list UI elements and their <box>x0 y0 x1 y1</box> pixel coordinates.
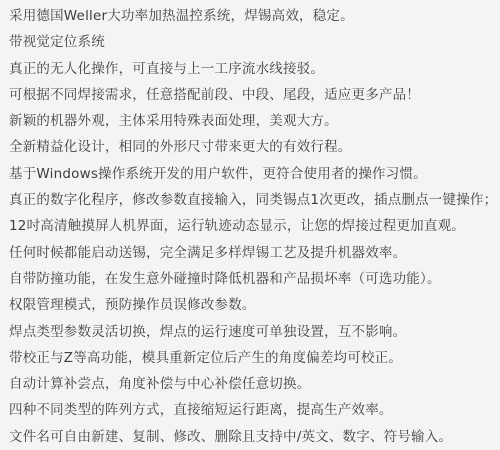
feature-line: 自带防撞功能，在发生意外碰撞时降低机器和产品损坏率（可选功能）。 <box>9 266 492 292</box>
feature-list: 采用德国Weller大功率加热温控系统，焊锡高效，稳定。带视觉定位系统真正的无人… <box>0 0 500 450</box>
feature-line: 带视觉定位系统 <box>9 29 492 55</box>
feature-line: 真正的无人化操作，可直接与上一工序流水线接驳。 <box>9 56 492 82</box>
feature-line: 基于Windows操作系统开发的用户软件，更符合使用者的操作习惯。 <box>9 161 492 187</box>
feature-line: 文件名可自由新建、复制、修改、删除且支持中/英文、数字、符号输入。 <box>9 424 492 450</box>
feature-line: 焊点类型参数灵活切换，焊点的运行速度可单独设置，互不影响。 <box>9 319 492 345</box>
feature-line: 新颖的机器外观，主体采用特殊表面处理，美观大方。 <box>9 108 492 134</box>
feature-line: 自动计算补尝点，角度补偿与中心补偿任意切换。 <box>9 371 492 397</box>
feature-line: 可根据不同焊接需求，任意搭配前段、中段、尾段，适应更多产品！ <box>9 82 492 108</box>
feature-line: 任何时候都能启动送锡，完全满足多样焊锡工艺及提升机器效率。 <box>9 240 492 266</box>
feature-line: 采用德国Weller大功率加热温控系统，焊锡高效，稳定。 <box>9 3 492 29</box>
feature-line: 真正的数字化程序，修改参数直接输入，同类锡点1次更改，插点删点一键操作； <box>9 187 492 213</box>
feature-line: 带校正与Z等高功能，模具重新定位后产生的角度偏差均可校正。 <box>9 345 492 371</box>
feature-line: 全新精益化设计，相同的外形尺寸带来更大的有效行程。 <box>9 134 492 160</box>
feature-line: 12吋高清触摸屏人机界面，运行轨迹动态显示，让您的焊接过程更加直观。 <box>9 213 492 239</box>
feature-line: 权限管理模式，预防操作员误修改参数。 <box>9 292 492 318</box>
feature-line: 四种不同类型的阵列方式，直接缩短运行距离，提高生产效率。 <box>9 397 492 423</box>
